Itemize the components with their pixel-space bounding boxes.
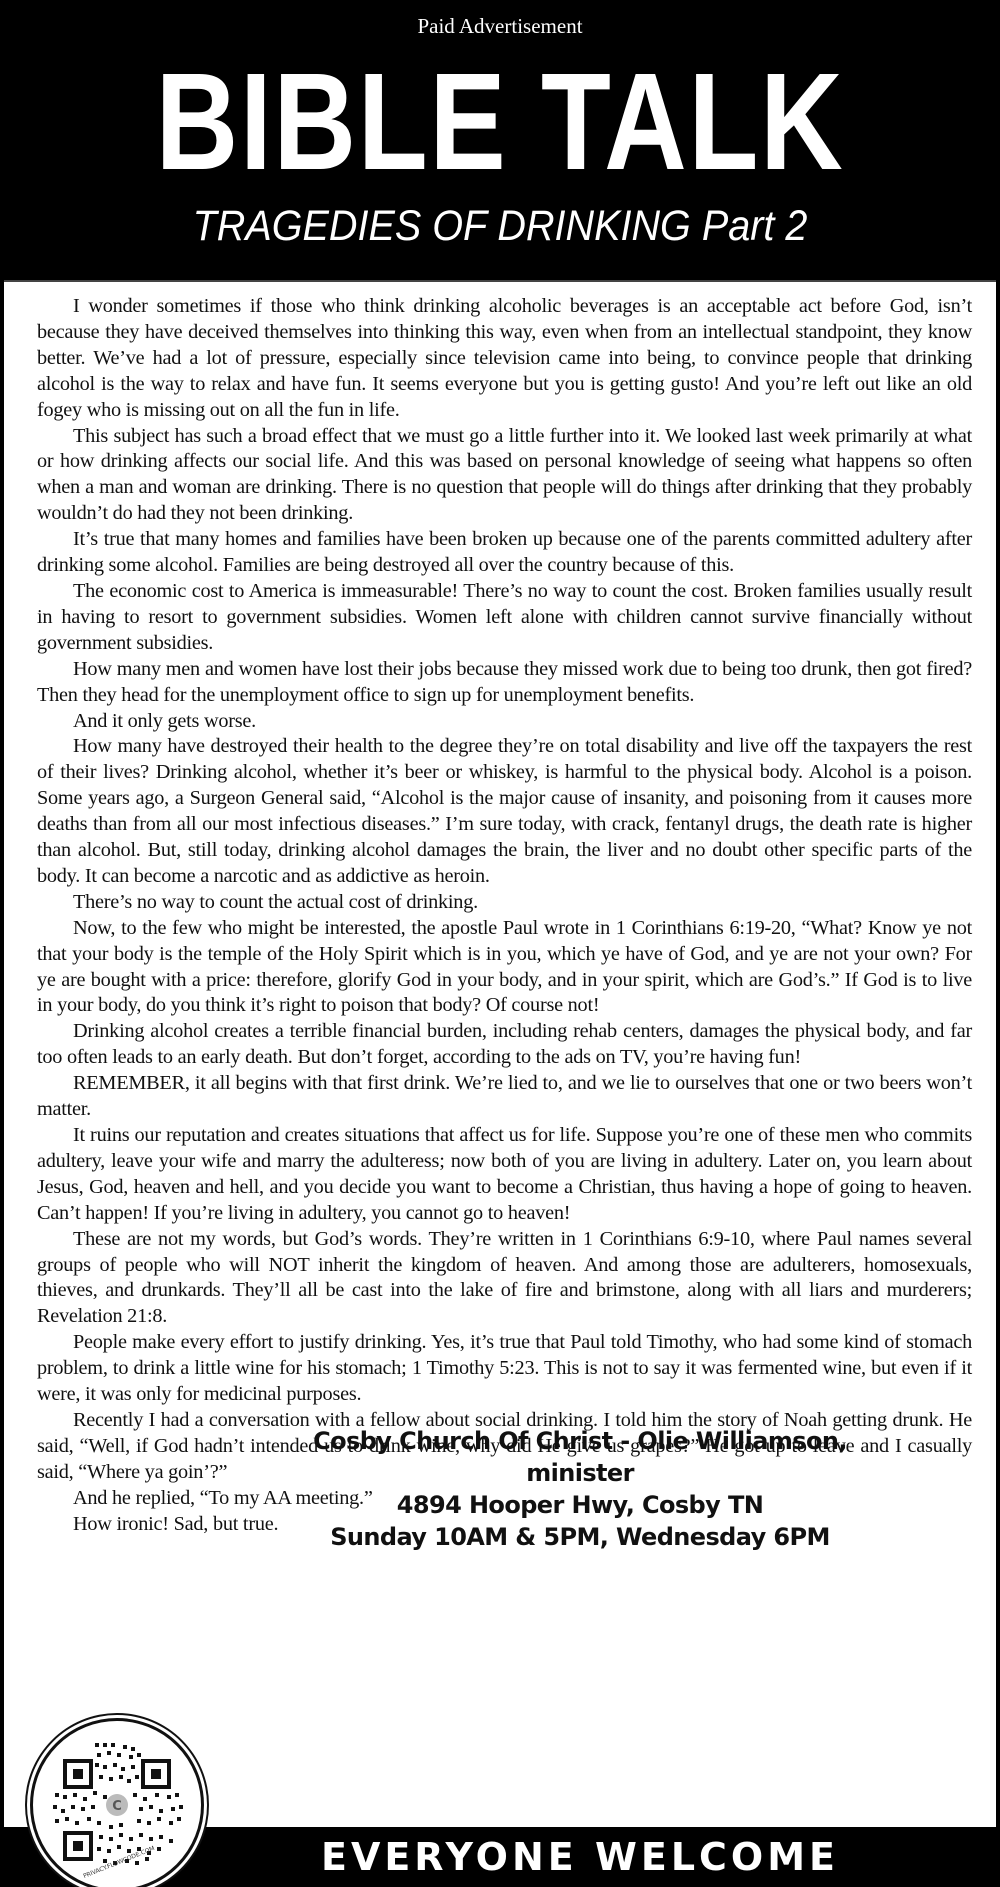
paragraph: It’s true that many homes and families h…	[37, 527, 972, 579]
paragraph: And it only gets worse.	[37, 709, 972, 735]
church-address-line: 4894 Hooper Hwy, Cosby TN	[270, 1489, 890, 1521]
paragraph: People make every effort to justify drin…	[37, 1330, 972, 1408]
paragraph: How many have destroyed their health to …	[37, 734, 972, 889]
paid-advertisement-label: Paid Advertisement	[0, 14, 1000, 39]
qr-center-letter: C	[112, 1799, 122, 1814]
church-contact-block: Cosby Church Of Christ - Olie Williamson…	[270, 1425, 890, 1553]
paragraph: There’s no way to count the actual cost …	[37, 890, 972, 916]
article-subtitle: TRAGEDIES OF DRINKING Part 2	[40, 202, 960, 251]
qr-code-icon[interactable]: C PRIVACY.FLOWCODE.COM	[30, 1718, 204, 1887]
advertisement-frame: Paid Advertisement BIBLE TALK TRAGEDIES …	[0, 0, 1000, 1887]
paragraph: How many men and women have lost their j…	[37, 657, 972, 709]
article-panel: I wonder sometimes if those who think dr…	[4, 280, 996, 1827]
ad-header: Paid Advertisement BIBLE TALK TRAGEDIES …	[0, 0, 1000, 280]
paragraph: It ruins our reputation and creates situ…	[37, 1123, 972, 1227]
paragraph: This subject has such a broad effect tha…	[37, 424, 972, 528]
paragraph: The economic cost to America is immeasur…	[37, 579, 972, 657]
page-title: BIBLE TALK	[85, 52, 915, 192]
article-body: I wonder sometimes if those who think dr…	[37, 294, 972, 1538]
paragraph: REMEMBER, it all begins with that first …	[37, 1071, 972, 1123]
church-name-line: Cosby Church Of Christ - Olie Williamson…	[270, 1425, 890, 1489]
service-times-line: Sunday 10AM & 5PM, Wednesday 6PM	[270, 1521, 890, 1553]
paragraph: I wonder sometimes if those who think dr…	[37, 294, 972, 424]
paragraph: Drinking alcohol creates a terrible fina…	[37, 1019, 972, 1071]
everyone-welcome-banner: EVERYONE WELCOME	[270, 1833, 890, 1881]
paragraph: Now, to the few who might be interested,…	[37, 916, 972, 1020]
paragraph: These are not my words, but God’s words.…	[37, 1227, 972, 1331]
